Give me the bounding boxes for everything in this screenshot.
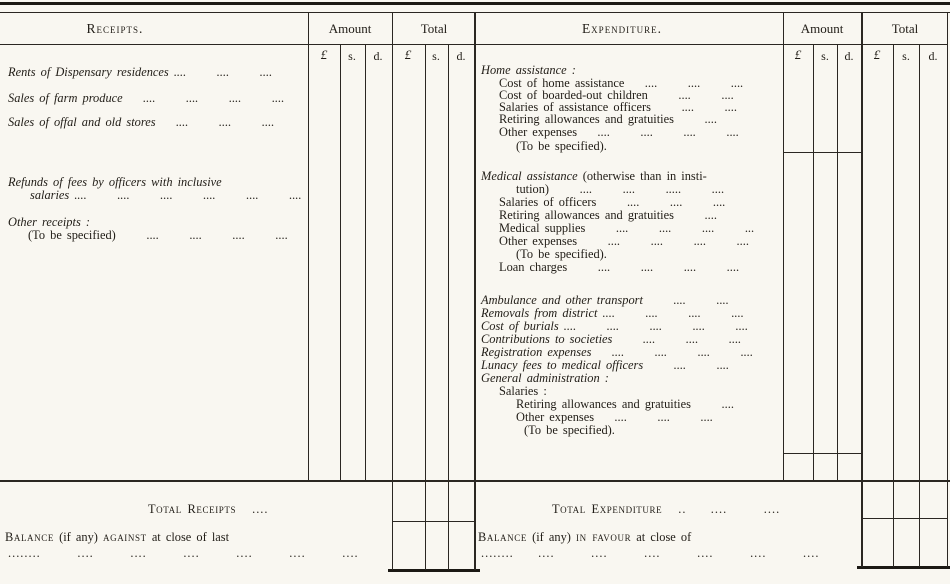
total-expenditure-line: Total Expenditure.. .... .... — [552, 503, 780, 516]
balance-line: Balance (if any) in favour at close of — [478, 531, 778, 544]
shilling-column-label: s. — [341, 49, 363, 64]
pence-column-label: d. — [922, 49, 944, 64]
dotted-leader: .... — [252, 502, 268, 516]
shilling-column-label: s. — [814, 49, 836, 64]
receipts-header: Receipts. — [20, 21, 210, 37]
shilling-column-label: s. — [895, 49, 917, 64]
amount-header: Amount — [790, 21, 854, 37]
dotted-fill-line: ........ .... .... .... .... .... .... — [481, 547, 777, 560]
total-receipts-line: Total Receipts.... — [148, 503, 269, 516]
pence-column-label: d. — [450, 49, 472, 64]
column-rule — [783, 13, 784, 481]
balance-label: Balance — [478, 530, 527, 544]
receipts-row: Sales of farm produce .... .... .... ...… — [8, 92, 304, 105]
expenditure-row: Other expenses .... .... .... .... — [499, 126, 739, 139]
pound-column-label: £ — [866, 47, 888, 63]
total-box-divider — [861, 518, 948, 519]
pound-column-label: £ — [313, 47, 335, 63]
balance-label: at close of last — [152, 530, 229, 544]
dotted-fill-line: ........ .... .... .... .... .... .... — [8, 547, 304, 560]
receipts-row: Rents of Dispensary residences .... ....… — [8, 66, 304, 79]
total-box-divider — [392, 521, 475, 522]
scanned-ledger-form: Receipts. Amount Total Expenditure. Amou… — [0, 0, 950, 584]
amount-subtotal-rule — [783, 453, 861, 454]
expenditure-row: (To be specified). — [524, 424, 615, 437]
balance-line: Balance (if any) against at close of las… — [5, 531, 305, 544]
amount-header: Amount — [318, 21, 382, 37]
balance-label: in favour — [576, 530, 631, 544]
expenditure-row-label: (otherwise than in insti- — [578, 169, 707, 183]
amount-subtotal-rule — [783, 152, 861, 153]
expenditure-header: Expenditure. — [497, 21, 747, 37]
receipts-row: (To be specified) .... .... .... .... — [28, 229, 304, 242]
total-expenditure-label: Total Expenditure — [552, 502, 662, 516]
balance-label: against — [103, 530, 147, 544]
balance-label: Balance — [5, 530, 54, 544]
pound-column-label: £ — [397, 47, 419, 63]
shilling-column-label: s. — [425, 49, 447, 64]
pence-column-label: d. — [367, 49, 389, 64]
pence-column-label: d. — [838, 49, 860, 64]
column-rule — [392, 13, 393, 570]
total-box-bottom-rule — [388, 569, 480, 572]
column-rule — [813, 44, 814, 481]
balance-label: (if any) — [59, 530, 98, 544]
column-rule — [448, 44, 449, 570]
column-rule — [425, 44, 426, 570]
column-rule — [893, 44, 894, 567]
column-rule — [861, 13, 863, 567]
total-header: Total — [402, 21, 466, 37]
column-rule — [308, 13, 309, 481]
expenditure-row: Loan charges .... .... .... .... — [499, 261, 739, 274]
total-header: Total — [873, 21, 937, 37]
receipts-row: Sales of offal and old stores .... .... … — [8, 116, 304, 129]
half-separator-rule — [474, 13, 476, 570]
column-rule — [340, 44, 341, 481]
total-receipts-label: Total Receipts — [148, 502, 236, 516]
dotted-leader: .. .... .... — [678, 502, 780, 516]
expenditure-row-label: Medical assistance — [481, 169, 578, 183]
column-rule — [919, 44, 920, 567]
column-rule — [837, 44, 838, 481]
column-rule — [365, 44, 366, 481]
balance-label: (if any) — [532, 530, 571, 544]
pound-column-label: £ — [787, 47, 809, 63]
balance-label: at close of — [636, 530, 691, 544]
receipts-row: salaries .... .... .... .... .... .... — [30, 189, 304, 202]
top-bold-rule — [0, 2, 950, 5]
expenditure-row: (To be specified). — [516, 140, 607, 153]
total-box-bottom-rule — [857, 566, 950, 569]
table-right-border — [947, 13, 948, 567]
